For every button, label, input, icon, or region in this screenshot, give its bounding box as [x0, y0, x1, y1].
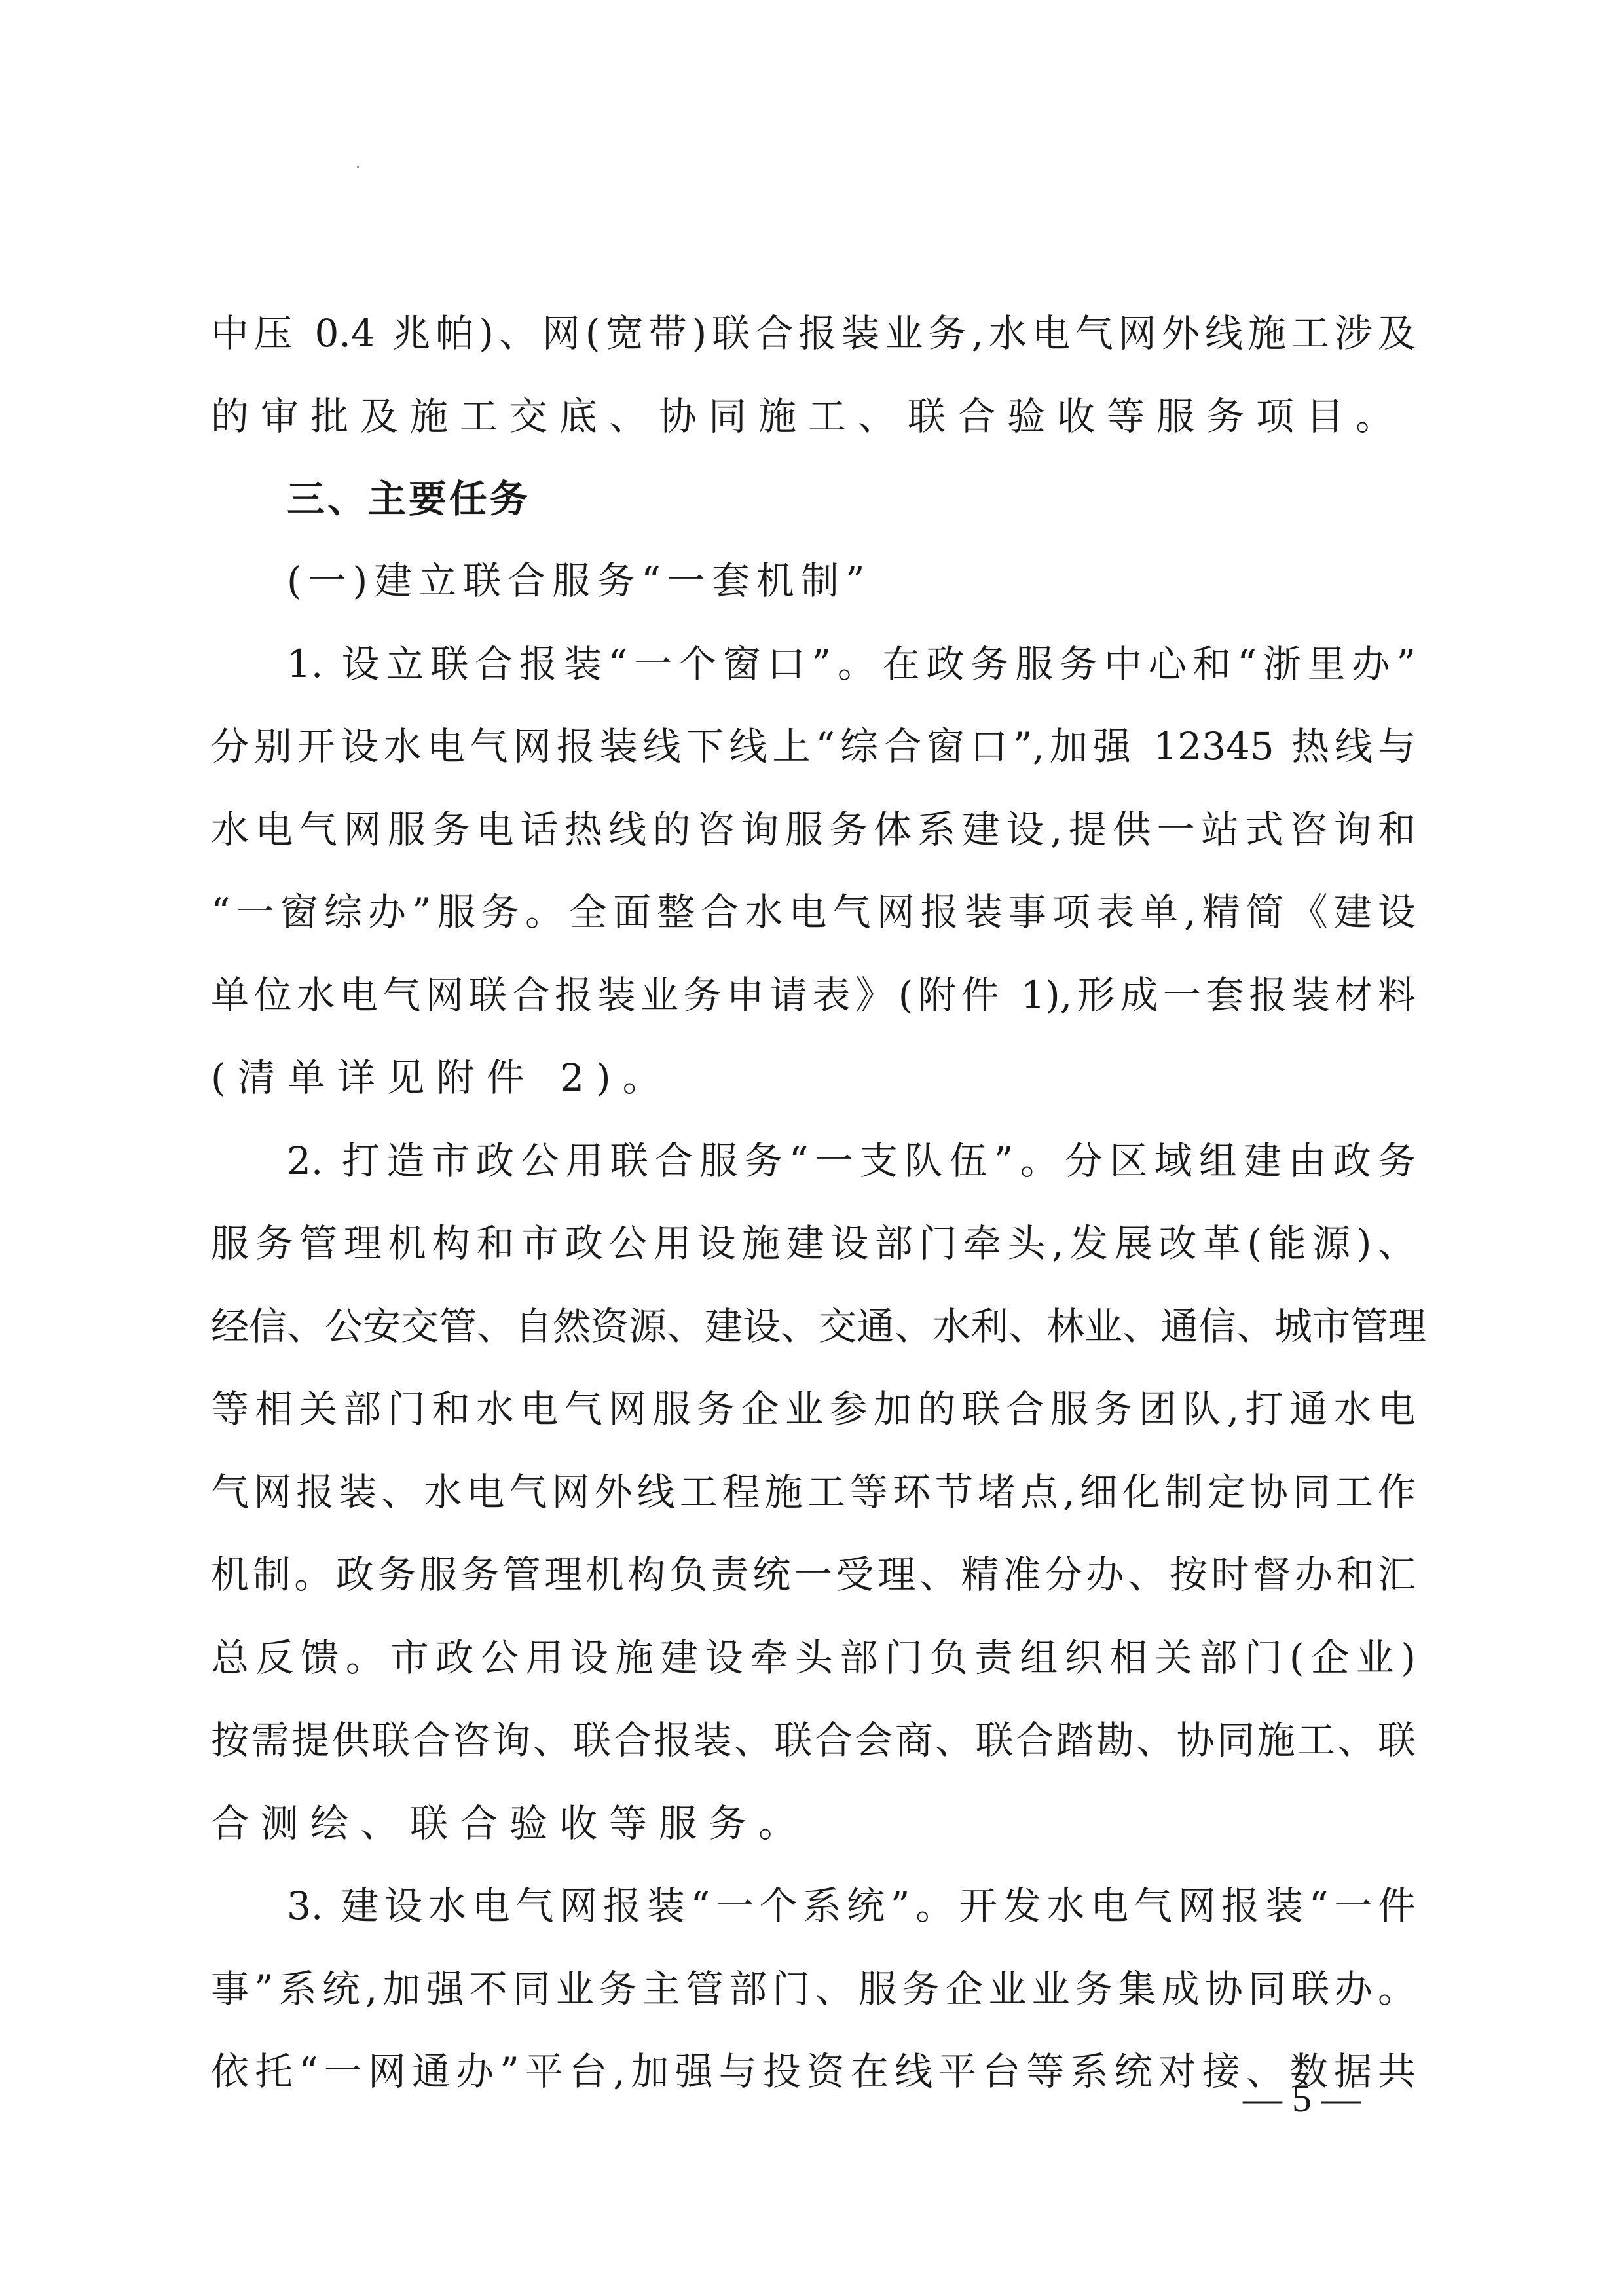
item-2-line: 等相关部门和水电气网服务企业参加的联合服务团队,打通水电	[211, 1390, 1416, 1428]
section-heading: 三、主要任务	[287, 480, 1416, 518]
item-2-line: 总反馈。市政公用设施建设牵头部门负责组织相关部门(企业)	[211, 1639, 1416, 1677]
body-line: 中压 0.4 兆帕)、网(宽带)联合报装业务,水电气网外线施工涉及	[211, 314, 1416, 352]
item-1-line: 单位水电气网联合报装业务申请表》(附件 1),形成一套报装材料	[211, 976, 1416, 1014]
item-2-line: 合测绘、联合验收等服务。	[211, 1804, 1416, 1842]
item-2-line: 按需提供联合咨询、联合报装、联合会商、联合踏勘、协同施工、联	[211, 1721, 1416, 1759]
subsection-heading: (一)建立联合服务“一套机制”	[287, 562, 1416, 600]
item-2-line: 服务管理机构和市政公用设施建设部门牵头,发展改革(能源)、	[211, 1224, 1416, 1262]
item-2-line: 气网报装、水电气网外线工程施工等环节堵点,细化制定协同工作	[211, 1473, 1416, 1511]
page-number: — 5 —	[1243, 2079, 1361, 2118]
item-1-line: 1. 设立联合报装“一个窗口”。在政务服务中心和“浙里办”	[287, 645, 1416, 683]
scan-artifact	[357, 166, 359, 168]
document-page: 中压 0.4 兆帕)、网(宽带)联合报装业务,水电气网外线施工涉及 的审批及施工…	[0, 0, 1624, 2296]
body-line: 的审批及施工交底、协同施工、联合验收等服务项目。	[211, 397, 1416, 435]
item-1-line: “一窗综办”服务。全面整合水电气网报装事项表单,精简《建设	[211, 893, 1416, 931]
item-3-line: 事”系统,加强不同业务主管部门、服务企业业务集成协同联办。	[211, 1970, 1416, 2008]
item-3-line: 3. 建设水电气网报装“一个系统”。开发水电气网报装“一件	[287, 1887, 1416, 1925]
item-2-line: 经信、公安交管、自然资源、建设、交通、水利、林业、通信、城市管理	[211, 1307, 1416, 1345]
item-1-line: 分别开设水电气网报装线下线上“综合窗口”,加强 12345 热线与	[211, 727, 1416, 765]
item-2-line: 2. 打造市政公用联合服务“一支队伍”。分区域组建由政务	[287, 1142, 1416, 1180]
item-1-line: (清单详见附件 2)。	[211, 1059, 1416, 1097]
item-2-line: 机制。政务服务管理机构负责统一受理、精准分办、按时督办和汇	[211, 1556, 1416, 1594]
item-3-line: 依托“一网通办”平台,加强与投资在线平台等系统对接、数据共	[211, 2052, 1416, 2090]
item-1-line: 水电气网服务电话热线的咨询服务体系建设,提供一站式咨询和	[211, 811, 1416, 848]
